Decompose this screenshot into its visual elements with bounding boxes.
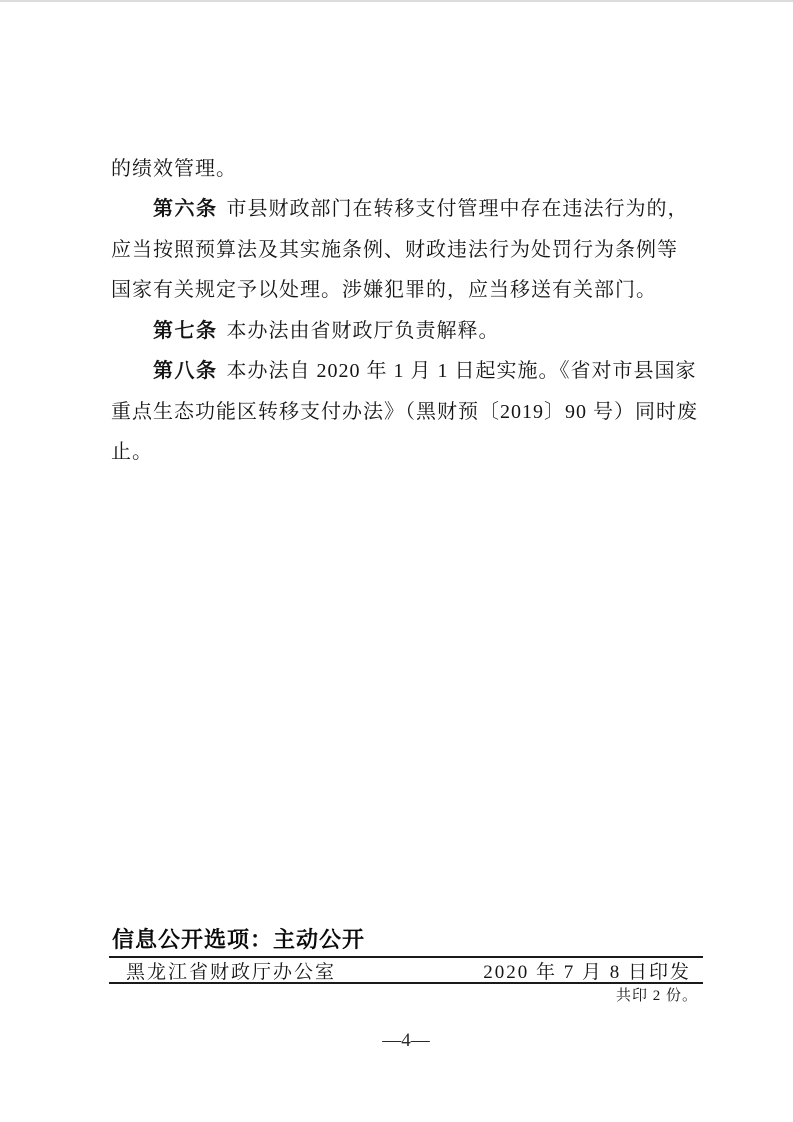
body-line: 应当按照预算法及其实施条例、财政违法行为处罚行为条例等 <box>111 227 701 268</box>
scan-edge-line <box>0 0 793 2</box>
body-line: 的绩效管理。 <box>111 146 701 187</box>
body-line-text: 国家有关规定予以处理。涉嫌犯罪的，应当移送有关部门。 <box>111 273 657 302</box>
copies-note: 共印 2 份。 <box>109 984 703 1005</box>
article-number: 第七条 <box>153 314 218 343</box>
body-line-text: 应当按照预算法及其实施条例、财政违法行为处罚行为条例等 <box>111 233 678 262</box>
article-number: 第六条 <box>153 192 218 221</box>
body-line: 第七条本办法由省财政厅负责解释。 <box>111 308 701 349</box>
document-footer: 信息公开选项：主动公开 黑龙江省财政厅办公室 2020 年 7 月 8 日印发 … <box>109 926 703 1005</box>
body-line: 国家有关规定予以处理。涉嫌犯罪的，应当移送有关部门。 <box>111 268 701 309</box>
issuer-row: 黑龙江省财政厅办公室 2020 年 7 月 8 日印发 <box>109 958 703 982</box>
body-line: 止。 <box>111 430 701 471</box>
print-date: 2020 年 7 月 8 日印发 <box>483 957 691 984</box>
page-number: —4— <box>109 1031 703 1051</box>
body-line-text: 重点生态功能区转移支付办法》（黑财预〔2019〕90 号）同时废 <box>111 395 698 424</box>
body-line-text: 的绩效管理。 <box>111 152 237 181</box>
document-body: 的绩效管理。第六条市县财政部门在转移支付管理中存在违法行为的，应当按照预算法及其… <box>111 146 701 470</box>
body-line-text: 本办法自 2020 年 1 月 1 日起实施。《省对市县国家 <box>227 354 697 383</box>
body-line-text: 止。 <box>111 435 153 464</box>
article-number: 第八条 <box>153 354 218 383</box>
disclosure-option-line: 信息公开选项：主动公开 <box>109 926 703 954</box>
body-line-text: 本办法由省财政厅负责解释。 <box>227 314 500 343</box>
body-line: 第六条市县财政部门在转移支付管理中存在违法行为的， <box>111 187 701 228</box>
issuing-office: 黑龙江省财政厅办公室 <box>126 957 336 984</box>
body-line-text: 市县财政部门在转移支付管理中存在违法行为的， <box>227 192 689 221</box>
body-line: 重点生态功能区转移支付办法》（黑财预〔2019〕90 号）同时废 <box>111 389 701 430</box>
body-line: 第八条本办法自 2020 年 1 月 1 日起实施。《省对市县国家 <box>111 349 701 390</box>
